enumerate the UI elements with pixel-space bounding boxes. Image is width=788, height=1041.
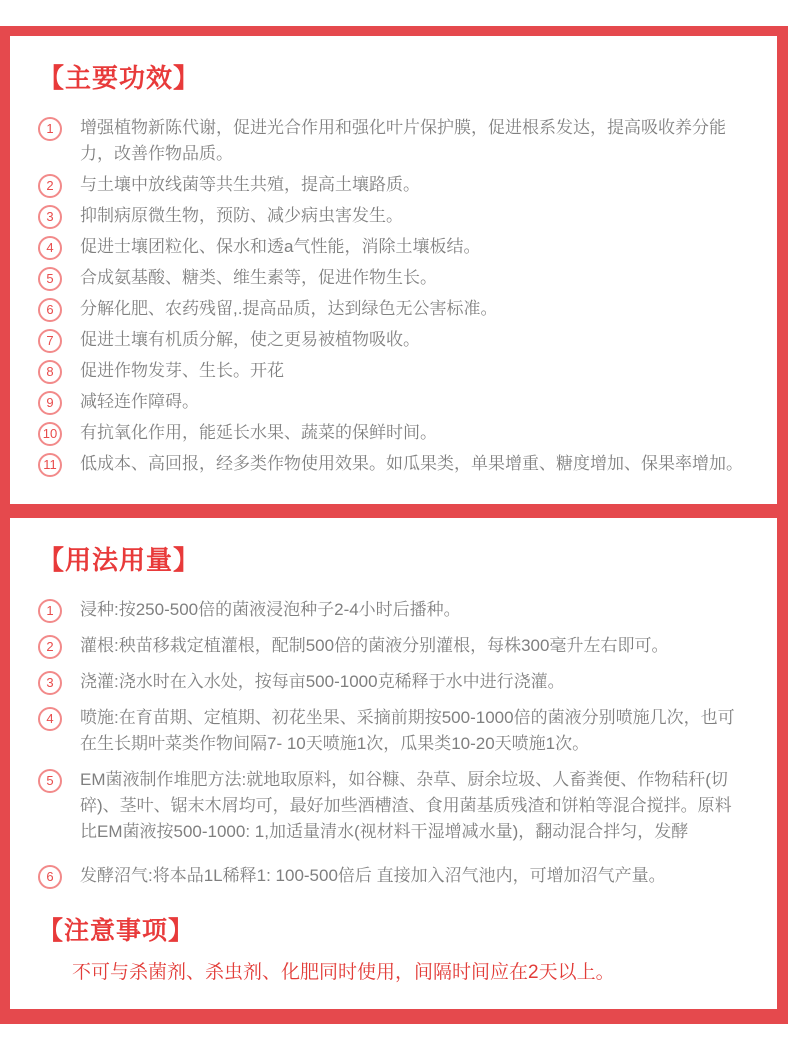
list-item: 5EM菌液制作堆肥方法:就地取原料，如谷糠、杂草、厨余垃圾、人畜粪便、作物秸秆(… xyxy=(38,767,749,845)
precautions-text: 不可与杀菌剂、杀虫剂、化肥同时使用，间隔时间应在2天以上。 xyxy=(72,959,749,987)
item-text: 合成氨基酸、糖类、维生素等，促进作物生长。 xyxy=(80,265,441,291)
item-number-badge: 4 xyxy=(38,236,62,260)
item-text: EM菌液制作堆肥方法:就地取原料，如谷糠、杂草、厨余垃圾、人畜粪便、作物秸秆(切… xyxy=(80,767,749,845)
list-item: 7促进土壤有机质分解，使之更易被植物吸收。 xyxy=(38,327,749,353)
item-text: 灌根:秧苗移栽定植灌根，配制500倍的菌液分别灌根，每株300毫升左右即可。 xyxy=(80,633,672,659)
usage-dosage-card: 【用法用量】 1浸种:按250-500倍的菌液浸泡种子2-4小时后播种。2灌根:… xyxy=(10,518,777,1009)
list-item: 2与土壤中放线菌等共生共殖，提高土壤路质。 xyxy=(38,172,749,198)
item-number-badge: 3 xyxy=(38,205,62,229)
item-number-badge: 1 xyxy=(38,599,62,623)
item-text: 与土壤中放线菌等共生共殖，提高土壤路质。 xyxy=(80,172,424,198)
item-number-badge: 2 xyxy=(38,174,62,198)
item-number-badge: 8 xyxy=(38,360,62,384)
list-item: 11低成本、高回报，经多类作物使用效果。如瓜果类，单果增重、糖度增加、保果率增加… xyxy=(38,451,749,477)
list-item: 1浸种:按250-500倍的菌液浸泡种子2-4小时后播种。 xyxy=(38,597,749,623)
item-number-badge: 5 xyxy=(38,769,62,793)
item-number-badge: 9 xyxy=(38,391,62,415)
precautions-title: 【注意事项】 xyxy=(38,911,749,947)
usage-dosage-title: 【用法用量】 xyxy=(38,540,749,577)
list-item: 6发酵沼气:将本品1L稀释1: 100-500倍后 直接加入沼气池内，可增加沼气… xyxy=(38,863,749,889)
item-text: 低成本、高回报，经多类作物使用效果。如瓜果类，单果增重、糖度增加、保果率增加。 xyxy=(80,451,747,477)
item-text: 浇灌:浇水时在入水处，按每亩500-1000克稀释于水中进行浇灌。 xyxy=(80,669,569,695)
list-item: 4促进士壤团粒化、保水和透a气性能，消除土壤板结。 xyxy=(38,234,749,260)
item-number-badge: 10 xyxy=(38,422,62,446)
item-number-badge: 1 xyxy=(38,117,62,141)
item-text: 促进土壤有机质分解，使之更易被植物吸收。 xyxy=(80,327,424,353)
item-number-badge: 4 xyxy=(38,707,62,731)
item-number-badge: 2 xyxy=(38,635,62,659)
list-item: 3浇灌:浇水时在入水处，按每亩500-1000克稀释于水中进行浇灌。 xyxy=(38,669,749,695)
item-number-badge: 7 xyxy=(38,329,62,353)
list-item: 6分解化肥、农药残留,.提高品质，达到绿色无公害标准。 xyxy=(38,296,749,322)
item-text: 浸种:按250-500倍的菌液浸泡种子2-4小时后播种。 xyxy=(80,597,465,623)
item-text: 促进作物发芽、生长。开花 xyxy=(80,358,288,384)
list-item: 10有抗氧化作用，能延长水果、蔬菜的保鲜时间。 xyxy=(38,420,749,446)
red-background-panel: 【主要功效】 1增强植物新陈代谢，促进光合作用和强化叶片保护膜，促进根系发达，提… xyxy=(0,26,788,1024)
item-text: 喷施:在育苗期、定植期、初花坐果、采摘前期按500-1000倍的菌液分别喷施几次… xyxy=(80,705,749,757)
item-number-badge: 3 xyxy=(38,671,62,695)
list-item: 4喷施:在育苗期、定植期、初花坐果、采摘前期按500-1000倍的菌液分别喷施几… xyxy=(38,705,749,757)
main-effects-card: 【主要功效】 1增强植物新陈代谢，促进光合作用和强化叶片保护膜，促进根系发达，提… xyxy=(10,36,777,504)
item-number-badge: 11 xyxy=(38,453,62,477)
item-text: 有抗氧化作用，能延长水果、蔬菜的保鲜时间。 xyxy=(80,420,441,446)
item-number-badge: 5 xyxy=(38,267,62,291)
list-item: 3抑制病原微生物，预防、减少病虫害发生。 xyxy=(38,203,749,229)
list-item: 9减轻连作障碍。 xyxy=(38,389,749,415)
main-effects-title: 【主要功效】 xyxy=(38,58,749,95)
list-item: 1增强植物新陈代谢，促进光合作用和强化叶片保护膜，促进根系发达，提高吸收养分能力… xyxy=(38,115,749,167)
item-text: 增强植物新陈代谢，促进光合作用和强化叶片保护膜，促进根系发达，提高吸收养分能力，… xyxy=(80,115,749,167)
usage-dosage-list: 1浸种:按250-500倍的菌液浸泡种子2-4小时后播种。2灌根:秧苗移栽定植灌… xyxy=(34,597,749,889)
item-text: 分解化肥、农药残留,.提高品质，达到绿色无公害标准。 xyxy=(80,296,501,322)
main-effects-list: 1增强植物新陈代谢，促进光合作用和强化叶片保护膜，促进根系发达，提高吸收养分能力… xyxy=(34,115,749,477)
list-item: 5合成氨基酸、糖类、维生素等，促进作物生长。 xyxy=(38,265,749,291)
list-item: 2灌根:秧苗移栽定植灌根，配制500倍的菌液分别灌根，每株300毫升左右即可。 xyxy=(38,633,749,659)
item-text: 促进士壤团粒化、保水和透a气性能，消除土壤板结。 xyxy=(80,234,484,260)
item-number-badge: 6 xyxy=(38,298,62,322)
item-text: 发酵沼气:将本品1L稀释1: 100-500倍后 直接加入沼气池内，可增加沼气产… xyxy=(80,863,670,889)
item-text: 减轻连作障碍。 xyxy=(80,389,203,415)
item-text: 抑制病原微生物，预防、减少病虫害发生。 xyxy=(80,203,407,229)
list-item: 8促进作物发芽、生长。开花 xyxy=(38,358,749,384)
item-number-badge: 6 xyxy=(38,865,62,889)
